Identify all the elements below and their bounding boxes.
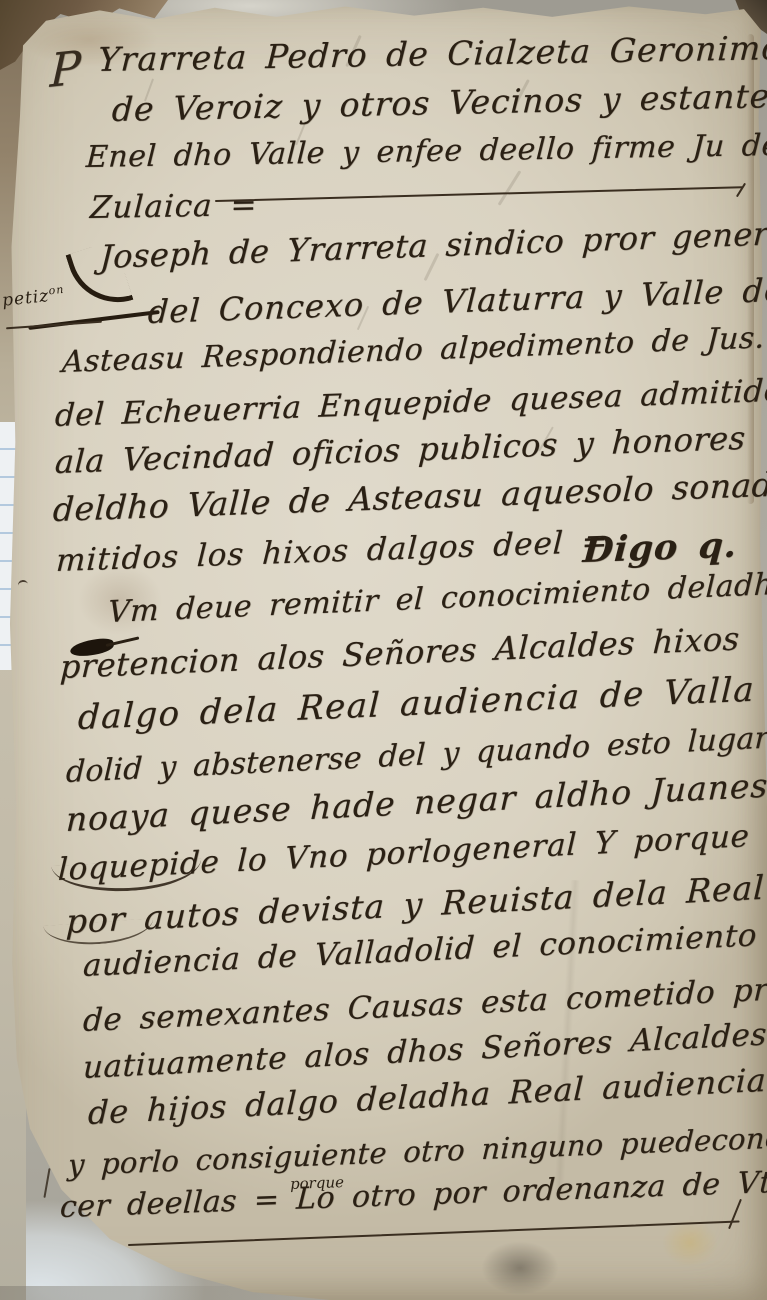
- ink-rule-hook: [736, 183, 746, 198]
- margin-note-superscript: on: [48, 283, 65, 298]
- margin-note-text: petiz: [1, 286, 50, 311]
- manuscript-line: Zulaica =: [89, 187, 258, 226]
- handwriting-layer: P Yrarreta Pedro de Cialzeta Geronimo de…: [0, 0, 767, 1300]
- margin-note: petizon: [1, 283, 66, 311]
- scanned-document: P Yrarreta Pedro de Cialzeta Geronimo de…: [0, 0, 767, 1300]
- ink-rule: [128, 1221, 740, 1246]
- margin-caret-mark: [17, 579, 28, 590]
- ink-rule-hook: [728, 1199, 742, 1229]
- manuscript-line: del Concexo de Vlaturra y Valle de: [147, 271, 767, 331]
- manuscript-line-emphasis: Digo q.: [582, 525, 739, 572]
- manuscript-line: Yrarreta Pedro de Cialzeta Geronimo: [97, 28, 767, 79]
- manuscript-line: de Veroiz y otros Vecinos y estantes: [111, 76, 767, 129]
- manuscript-line: Vm deue remitir el conocimiento deladha: [107, 566, 767, 630]
- ink-rule: [215, 186, 743, 202]
- calligraphic-initial: P: [49, 40, 82, 98]
- manuscript-line: Enel dho Valle y enfee deello firme Ju d…: [85, 128, 767, 175]
- manuscript-line: mitidos los hixos dalgos deel =: [55, 524, 609, 579]
- margin-slash-mark: [43, 1168, 50, 1198]
- flourish-stroke: [28, 310, 160, 330]
